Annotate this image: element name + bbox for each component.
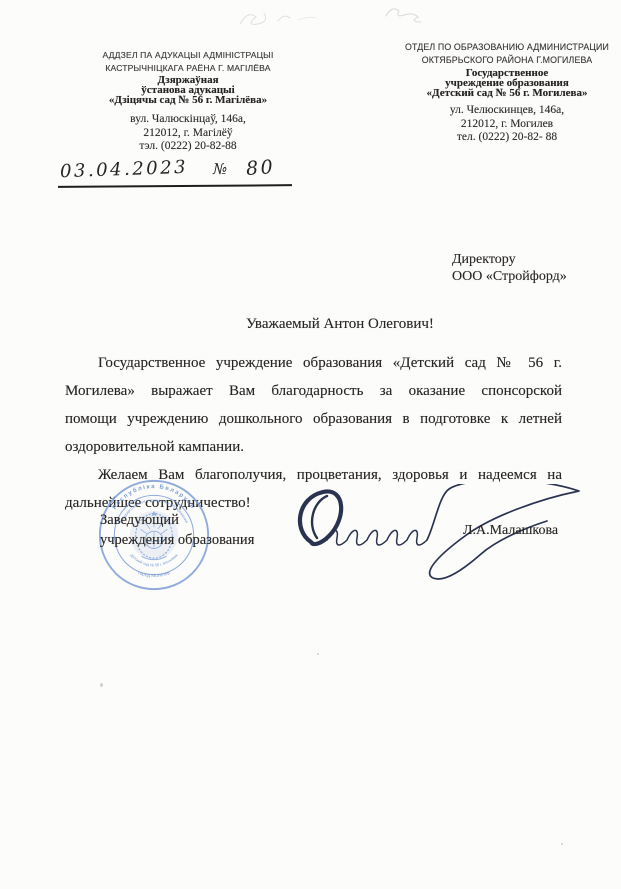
- addressee-block: Директору ООО «Стройфорд»: [452, 251, 567, 285]
- header-left-city: 212012, г. Магілёў: [92, 127, 284, 141]
- signer-name: Л.А.Малашкова: [463, 523, 558, 539]
- body-line: помощи учреждению дошкольного образовани…: [65, 405, 562, 433]
- header-left-dept-line2: КАСТРЫЧНІЦКАГА РАЁНА Г. МАГІЛЁВА: [92, 62, 284, 75]
- scan-speck: [317, 653, 319, 655]
- stamp-outer-bottom-text: город Могилев: [137, 571, 171, 579]
- reference-line: 03.04.2023 № 80: [58, 158, 298, 192]
- signer-title-line1: Заведующий: [100, 510, 254, 530]
- scan-speck: [561, 843, 563, 845]
- header-right-phone: тел. (0222) 20-82- 88: [403, 131, 611, 145]
- header-left-dept-line1: АДДЗЕЛ ПА АДУКАЦЫІ АДМІНІСТРАЦЫІ: [92, 49, 284, 62]
- header-left: АДДЗЕЛ ПА АДУКАЦЫІ АДМІНІСТРАЦЫІ КАСТРЫЧ…: [92, 49, 284, 154]
- header-left-org: Дзяржаўная ўстанова адукацыі «Дзіцячы са…: [92, 75, 284, 105]
- number-sign: №: [213, 160, 227, 178]
- header-right-address: ул. Челюскинцев, 146а, 212012, г. Могиле…: [403, 104, 611, 145]
- handwritten-number: 80: [245, 156, 276, 180]
- addressee-company: ООО «Стройфорд»: [452, 268, 567, 285]
- scanned-letter-page: АДДЗЕЛ ПА АДУКАЦЫІ АДМІНІСТРАЦЫІ КАСТРЫЧ…: [0, 0, 621, 889]
- reference-underline: [58, 184, 292, 187]
- header-right-street: ул. Челюскинцев, 146а,: [403, 104, 611, 118]
- header-right-dept-line1: ОТДЕЛ ПО ОБРАЗОВАНИЮ АДМИНИСТРАЦИИ: [403, 41, 611, 54]
- body-line: оздоровительной кампании.: [65, 433, 562, 461]
- header-left-phone: тэл. (0222) 20-82-88: [92, 140, 284, 154]
- svg-text:город Могилев: город Могилев: [137, 571, 171, 579]
- salutation: Уважаемый Антон Олегович!: [246, 316, 434, 333]
- stamp-outer-top-text: Рэспубліка Беларусь: [112, 484, 196, 511]
- header-right-org: Государственное учреждение образования «…: [403, 68, 611, 98]
- addressee-title: Директору: [452, 251, 567, 268]
- signer-title-line2: учреждения образования: [100, 530, 254, 550]
- body-line: Государственное учреждение образования «…: [65, 349, 562, 377]
- header-right-dept-line2: ОКТЯБРЬСКОГО РАЙОНА Г.МОГИЛЕВА: [403, 54, 611, 67]
- svg-text:Рэспубліка Беларусь: Рэспубліка Беларусь: [112, 484, 196, 511]
- header-right-city: 212012, г. Могилев: [403, 118, 611, 132]
- header-left-org-line3: «Дзіцячы сад № 56 г. Магілёва»: [92, 95, 284, 105]
- signer-title: Заведующий учреждения образования: [100, 510, 254, 550]
- header-right: ОТДЕЛ ПО ОБРАЗОВАНИЮ АДМИНИСТРАЦИИ ОКТЯБ…: [403, 41, 611, 145]
- scan-speck: [100, 683, 103, 687]
- handwritten-date: 03.04.2023: [60, 157, 189, 182]
- body-line: Могилева» выражает Вам благодарность за …: [65, 377, 562, 405]
- header-right-org-line3: «Детский сад № 56 г. Могилева»: [403, 88, 611, 98]
- header-left-address: вул. Чалюскінцаў, 146а, 212012, г. Магіл…: [92, 113, 284, 154]
- pencil-scribble-icon: [228, 0, 440, 36]
- header-left-street: вул. Чалюскінцаў, 146а,: [92, 113, 284, 127]
